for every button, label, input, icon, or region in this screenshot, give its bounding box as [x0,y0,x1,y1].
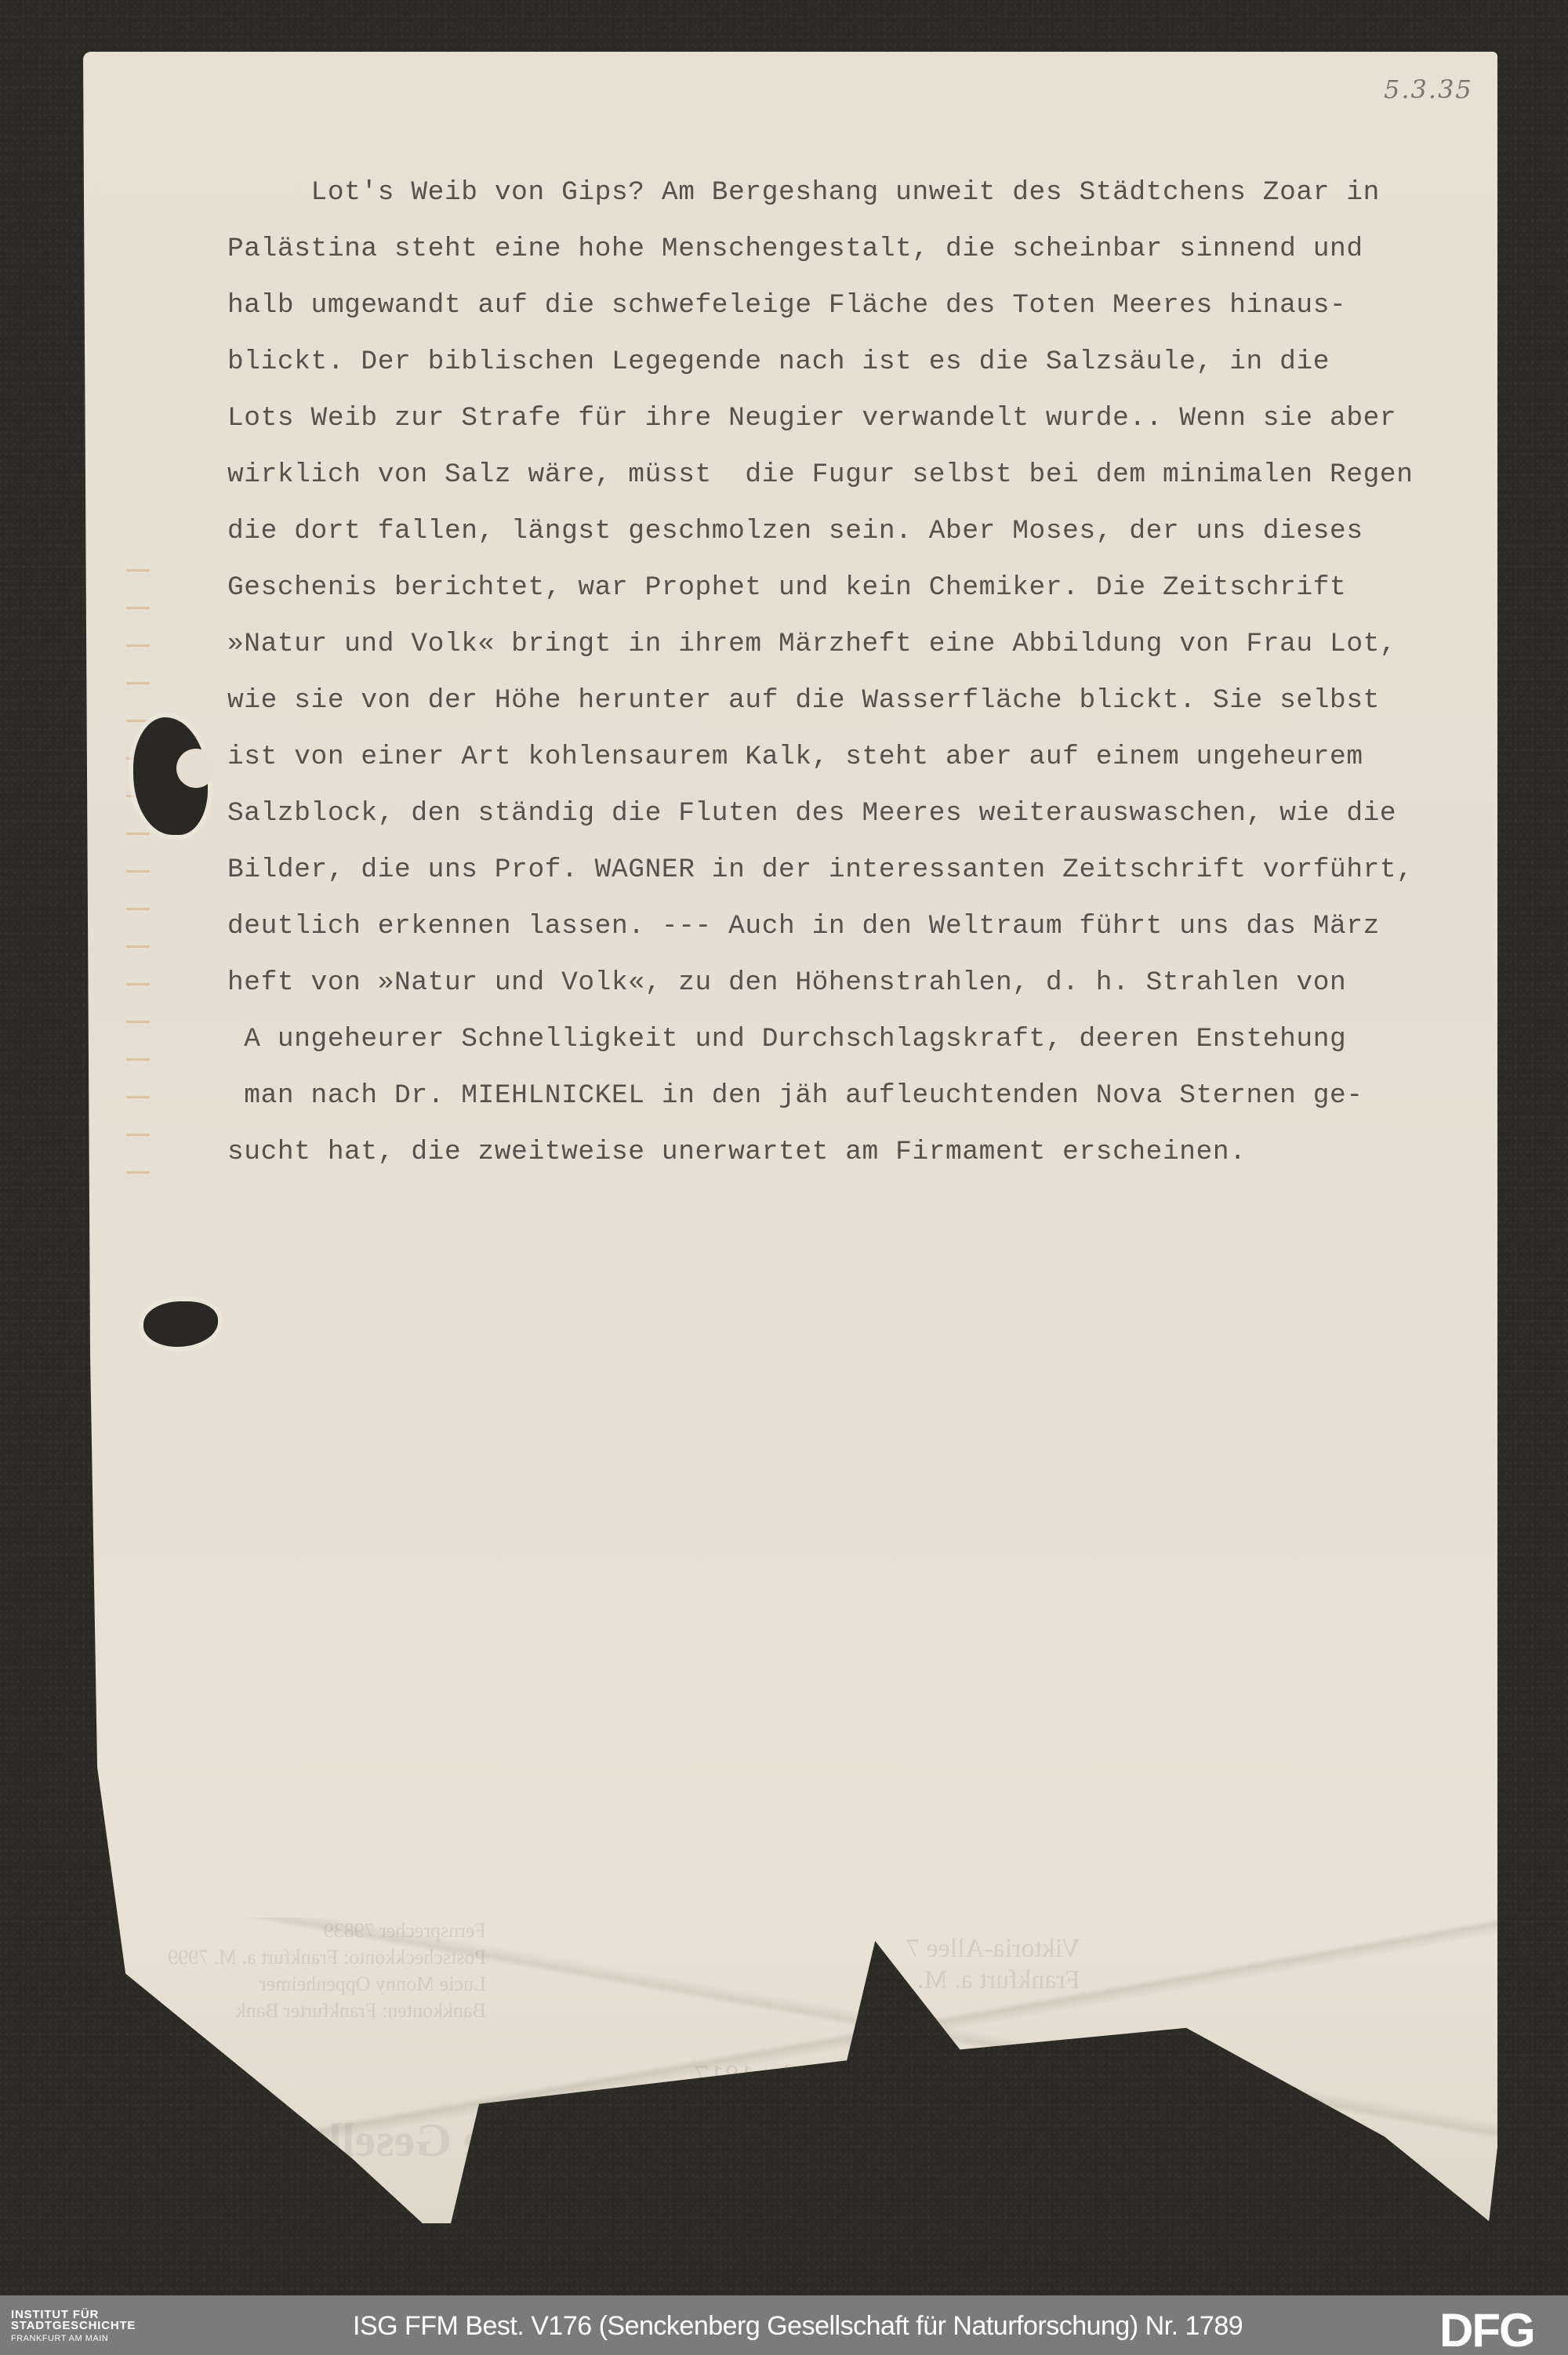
rust-stain-strip [126,553,150,1196]
text-line: Lot's Weib von Gips? Am Bergeshang unwei… [227,165,1513,221]
show-through-line: Fernsprecher 79839 [168,1918,486,1944]
show-through-line: Lucie Monny Oppenheimer [168,1971,486,1998]
text-line: heft von »Natur und Volk«, zu den Höhens… [227,955,1513,1011]
show-through-line: Frankfurt a. M. [906,1965,1080,1996]
show-through-line: Bankkonten: Frankfurter Bank [168,1998,486,2024]
text-line: »Natur und Volk« bringt in ihrem Märzhef… [227,616,1513,673]
text-line: die dort fallen, längst geschmolzen sein… [227,503,1513,560]
text-line: Lots Weib zur Strafe für ihre Neugier ve… [227,390,1513,447]
show-through-left-block: Fernsprecher 79839 Postscheckkonto: Fran… [168,1918,486,2024]
text-line: Bilder, die uns Prof. WAGNER in der inte… [227,842,1513,898]
text-line: man nach Dr. MIEHLNICKEL in den jäh aufl… [227,1068,1513,1124]
logo-line-3: FRANKFURT AM MAIN [11,2333,136,2344]
text-line: wirklich von Salz wäre, müsst die Fugur … [227,447,1513,503]
text-line: blickt. Der biblischen Legegende nach is… [227,334,1513,390]
logo-line-2: STADTGESCHICHTE [11,2321,136,2331]
archive-reference-caption: ISG FFM Best. V176 (Senckenberg Gesellsc… [353,2311,1243,2342]
text-line: sucht hat, die zweitweise unerwartet am … [227,1124,1513,1181]
isg-institution-logo: INSTITUT FÜR STADTGESCHICHTE FRANKFURT A… [11,2310,136,2344]
text-line: Geschenis berichtet, war Prophet und kei… [227,560,1513,616]
archive-footer-bar: INSTITUT FÜR STADTGESCHICHTE FRANKFURT A… [0,2295,1568,2355]
show-through-right-block: Viktoria-Allee 7 Frankfurt a. M. [906,1933,1080,1996]
text-line: A ungeheurer Schnelligkeit und Durchschl… [227,1011,1513,1068]
text-line: Palästina steht eine hohe Menschengestal… [227,221,1513,278]
text-line: deutlich erkennen lassen. --- Auch in de… [227,898,1513,955]
typewritten-text: Lot's Weib von Gips? Am Bergeshang unwei… [227,165,1513,1181]
pencil-date-annotation: 5.3.35 [1384,74,1473,104]
text-line: Salzblock, den ständig die Fluten des Me… [227,786,1513,842]
text-line: ist von einer Art kohlensaurem Kalk, ste… [227,729,1513,786]
text-line: wie sie von der Höhe herunter auf die Wa… [227,673,1513,729]
text-line: halb umgewandt auf die schwefeleige Fläc… [227,278,1513,334]
dfg-logo: DFG [1439,2310,1534,2351]
show-through-line: Viktoria-Allee 7 [906,1933,1080,1965]
show-through-line: Postscheckkonto: Frankfurt a. M. 7999 [168,1944,486,1971]
